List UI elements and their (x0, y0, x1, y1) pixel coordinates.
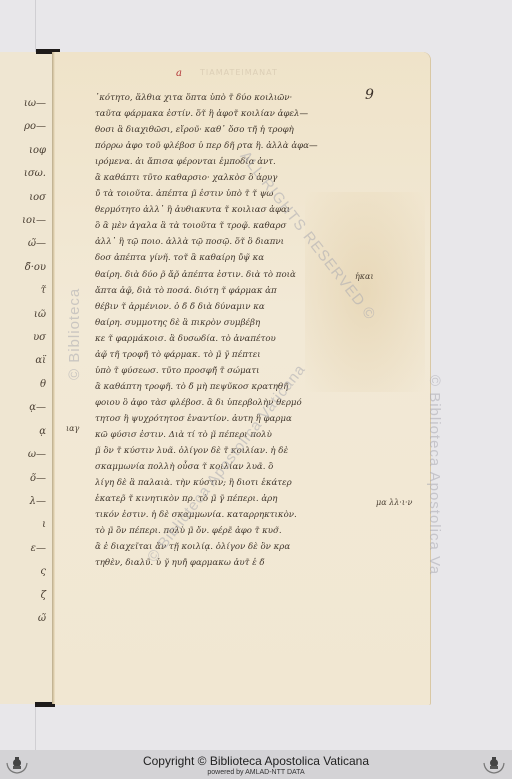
left-page-line: ισω. (0, 162, 50, 185)
manuscript-text: ᾽κότητο, ἅλθια χιτα ὅπτα ὑπὸ τ̃ δύο κοιλ… (95, 90, 350, 571)
left-page-line: δ̃·ου (0, 256, 50, 279)
left-page-line: ᾳ (0, 420, 50, 443)
margin-note: ἡκαι (355, 272, 374, 281)
left-page-line: τ̃ (0, 279, 50, 302)
left-page-edge: ιω—ρο—ιοφισω.ιοσιοι—ω̃—δ̃·ουτ̃ιῶυσαϊθᾳ—ᾳ… (0, 52, 53, 704)
manuscript-line: ᾽κότητο, ἅλθια χιτα ὅπτα ὑπὸ τ̃ δύο κοιλ… (95, 90, 350, 106)
footer-bar: Copyright © Biblioteca Apostolica Vatica… (0, 750, 512, 779)
manuscript-line: ταῦτα φάρμακα ἐστίν. ὅτ̃ ἣ ἀφοτ̃ κοιλίαν… (95, 106, 350, 122)
manuscript-line: φοιου ὃ ἀφο τὰσ φλέβοσ. ἃ δι ὑπερβολὴν θ… (95, 395, 350, 411)
left-page-line: λ— (0, 490, 50, 513)
manuscript-line: θαίρη. συμμοτης δὲ ἃ πικρὸν συμβέβη (95, 315, 350, 331)
manuscript-line: ἃ ἐ διαχεῖται ἄν τῇ κοιλίᾳ. ὀλίγον δὲ ὂν… (95, 539, 350, 555)
left-page-line: ιοι— (0, 209, 50, 232)
manuscript-line: θοσι ἃ διαχιθῶσι, εἴρου̃· καθ᾽ ὅσο τῆ ἡ … (95, 122, 350, 138)
manuscript-line: τητοσ ἢ ψυχρότητοσ ἐναντίον. ἀυτη ἣ φαρμ… (95, 411, 350, 427)
watermark-library-vertical: © Biblioteca (66, 288, 83, 380)
vatican-emblem-icon (4, 755, 30, 775)
manuscript-line: ὑπὸ τ̃ φύσεωσ. τῦτο προσφῆ̃ τ̃ σώματι (95, 363, 350, 379)
powered-by-text: powered by AMLAD-NTT DATA (0, 769, 512, 776)
left-page-line: ᾳ— (0, 396, 50, 419)
left-page-line: ω— (0, 443, 50, 466)
left-page-line: ρο— (0, 115, 50, 138)
binding-edge (35, 0, 36, 52)
left-page-line: ω̃ (0, 607, 50, 630)
copyright-text: Copyright © Biblioteca Apostolica Vatica… (0, 754, 512, 768)
left-page-line: ζ (0, 584, 50, 607)
manuscript-line: ἄπτα ἀφ̃, διὰ τὸ ποσά. διότη τ̃ φάρμακ ἀ… (95, 283, 350, 299)
bleed-through-heading: TIAMATEIMANAT (200, 68, 278, 77)
manuscript-line: τηθὲν, διαλυ̃. ὑ γ̃ ηυἡ̃ φαρμακω ἀυτ̃ ἐ … (95, 555, 350, 571)
watermark-library-vertical: © Biblioteca Apostolica Va (426, 375, 443, 575)
manuscript-line: ιρόμενα. ἀι ἄπισα φέρονται ἐμποδία ἀντ. (95, 154, 350, 170)
left-page-line: ιῶ (0, 303, 50, 326)
margin-note: ιαγ (66, 424, 79, 433)
folio-number: 9 (365, 87, 374, 103)
binding-edge (35, 707, 36, 750)
left-page-line: ιω— (0, 92, 50, 115)
manuscript-line: ἃ καθάπτι τῦτο καθαρσιο· χαλκὸσ ὃ ἀρυγ (95, 170, 350, 186)
manuscript-line: πόρρω ἀφο τοῦ φλέβοσ ὑ περ δῆ ρτα ἣ. ἀλλ… (95, 138, 350, 154)
manuscript-line: ἑκατερ̃ τ̃ κινητικὸν πρ. τὸ μ̃ γ̃ πέπερι… (95, 491, 350, 507)
rubric-mark: a (176, 68, 182, 79)
manuscript-line: ὑ̃ τὰ τοιοῦτα. ἀπέπτα μ̃ ἐστιν ὑπὸ τ̃ τ̃… (95, 186, 350, 202)
left-page-line: ι (0, 513, 50, 536)
manuscript-line: κε τ̃ φαρμάκοισ. ἃ δυσωδία. τὸ ἀναπέτου (95, 331, 350, 347)
left-page-line: ιοσ (0, 186, 50, 209)
left-page-text: ιω—ρο—ιοφισω.ιοσιοι—ω̃—δ̃·ουτ̃ιῶυσαϊθᾳ—ᾳ… (0, 92, 50, 630)
manuscript-line: θαίρη. διὰ δύο ρ̃ ἄρ̃ ἀπέπτα ἐστιν. διὰ … (95, 267, 350, 283)
margin-note: μα λλ·ι·ν (376, 498, 412, 507)
left-page-line: ς (0, 560, 50, 583)
vatican-emblem-icon (481, 755, 507, 775)
left-page-line: θ (0, 373, 50, 396)
manuscript-line: ἃ καθάπτη τροφῆ. τὸ δ̃ μὴ πεψῦκοσ κρατηθ… (95, 379, 350, 395)
left-page-line: υσ (0, 326, 50, 349)
manuscript-line: θερμότητο ἀλλ᾽ ἣ ἀυθιακυτα τ̃ κοιλιασ ἀφ… (95, 202, 350, 218)
manuscript-line: τικόν ἐστιν. ἡ δὲ σκαμμωνία. καταρρηκτικ… (95, 507, 350, 523)
manuscript-line: κῶ φύσισ ἐστιν. Διὰ τί τὸ μ̃ πέπερι πολὺ (95, 427, 350, 443)
left-page-line: ω̃— (0, 232, 50, 255)
manuscript-line: θέβιν τ̃ ἀρμένιον. ὁ δ̃ δ̃ διὰ δύναμιν κ… (95, 299, 350, 315)
left-page-line: ιοφ (0, 139, 50, 162)
manuscript-line: ἀφ̃ τῆ τροφῆ τὸ φάρμακ. τὸ μ̃ γ̃ πέπτει (95, 347, 350, 363)
left-page-line: ε— (0, 537, 50, 560)
left-page-line: ο̃— (0, 467, 50, 490)
manuscript-viewer[interactable]: ιω—ρο—ιοφισω.ιοσιοι—ω̃—δ̃·ουτ̃ιῶυσαϊθᾳ—ᾳ… (0, 0, 512, 750)
left-page-line: αϊ (0, 349, 50, 372)
manuscript-line: τὸ μ̃ ὂν πέπερι. πολὺ μ̃ ὄν. φέρε̃ ἀφο τ… (95, 523, 350, 539)
